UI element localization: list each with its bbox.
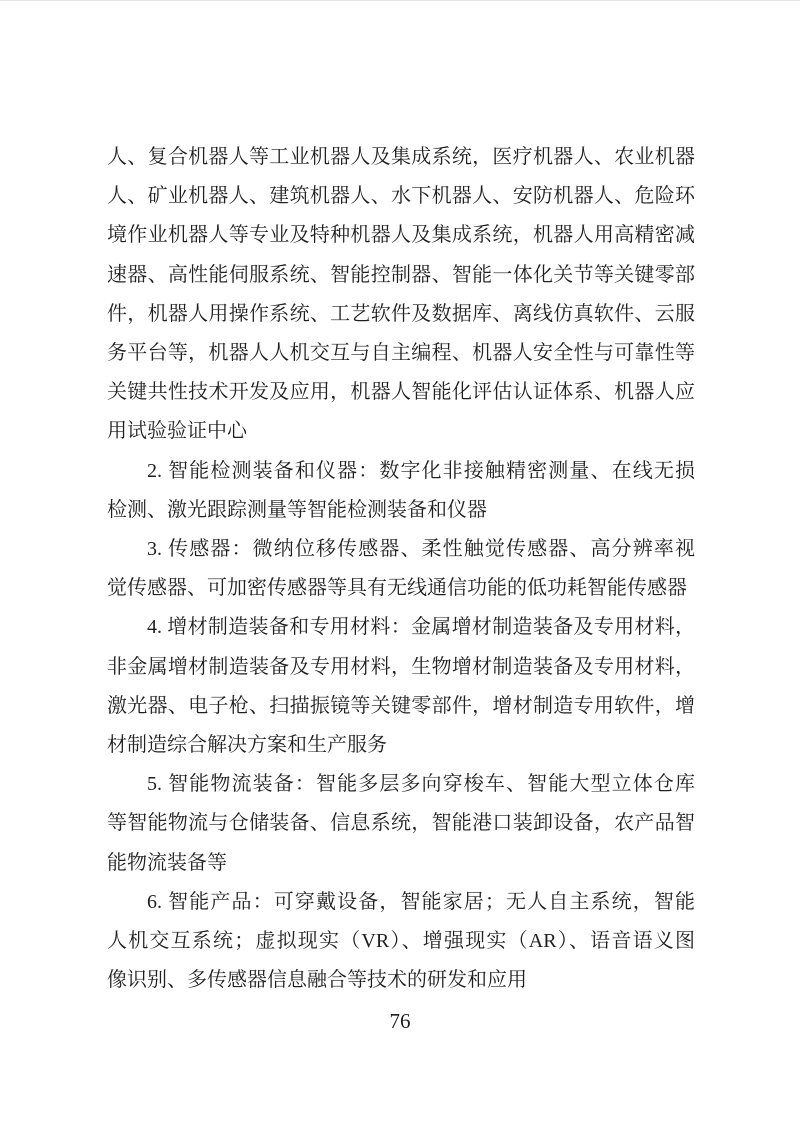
- paragraph: 人、复合机器人等工业机器人及集成系统，医疗机器人、农业机器 人、矿业机器人、建筑…: [107, 138, 695, 452]
- paragraph: 3. 传感器：微纳位移传感器、柔性触觉传感器、高分辨率视 觉传感器、可加密传感器…: [107, 530, 695, 608]
- text-line: 人、复合机器人等工业机器人及集成系统，医疗机器人、农业机器: [107, 138, 695, 177]
- paragraph: 5. 智能物流装备：智能多层多向穿梭车、智能大型立体仓库 等智能物流与仓储装备、…: [107, 765, 695, 883]
- text-line: 人机交互系统；虚拟现实（VR）、增强现实（AR）、语音语义图: [107, 922, 695, 961]
- text-line: 觉传感器、可加密传感器等具有无线通信功能的低功耗智能传感器: [107, 569, 695, 608]
- text-line: 人、矿业机器人、建筑机器人、水下机器人、安防机器人、危险环: [107, 177, 695, 216]
- text-line: 激光器、电子枪、扫描振镜等关键零部件，增材制造专用软件，增: [107, 687, 695, 726]
- text-line: 5. 智能物流装备：智能多层多向穿梭车、智能大型立体仓库: [107, 765, 695, 804]
- text-line: 等智能物流与仓储装备、信息系统，智能港口装卸设备，农产品智: [107, 804, 695, 843]
- text-line: 非金属增材制造装备及专用材料，生物增材制造装备及专用材料，: [107, 648, 695, 687]
- page-number: 76: [390, 1009, 411, 1033]
- text-line: 3. 传感器：微纳位移传感器、柔性触觉传感器、高分辨率视: [107, 530, 695, 569]
- text-line: 4. 增材制造装备和专用材料：金属增材制造装备及专用材料，: [107, 608, 695, 647]
- text-line: 用试验验证中心: [107, 412, 695, 451]
- page-footer: 76: [0, 1006, 800, 1036]
- text-line: 像识别、多传感器信息融合等技术的研发和应用: [107, 961, 695, 1000]
- text-line: 境作业机器人等专业及特种机器人及集成系统，机器人用高精密减: [107, 216, 695, 255]
- text-line: 2. 智能检测装备和仪器：数字化非接触精密测量、在线无损: [107, 452, 695, 491]
- paragraph: 4. 增材制造装备和专用材料：金属增材制造装备及专用材料， 非金属增材制造装备及…: [107, 608, 695, 765]
- paragraph: 2. 智能检测装备和仪器：数字化非接触精密测量、在线无损 检测、激光跟踪测量等智…: [107, 452, 695, 530]
- document-page: 人、复合机器人等工业机器人及集成系统，医疗机器人、农业机器 人、矿业机器人、建筑…: [0, 0, 800, 1131]
- document-text: 人、复合机器人等工业机器人及集成系统，医疗机器人、农业机器 人、矿业机器人、建筑…: [107, 138, 695, 1000]
- text-line: 件，机器人用操作系统、工艺软件及数据库、离线仿真软件、云服: [107, 295, 695, 334]
- text-line: 材制造综合解决方案和生产服务: [107, 726, 695, 765]
- text-line: 检测、激光跟踪测量等智能检测装备和仪器: [107, 491, 695, 530]
- paragraph: 6. 智能产品：可穿戴设备，智能家居；无人自主系统，智能 人机交互系统；虚拟现实…: [107, 883, 695, 1001]
- text-line: 6. 智能产品：可穿戴设备，智能家居；无人自主系统，智能: [107, 883, 695, 922]
- text-line: 能物流装备等: [107, 844, 695, 883]
- text-line: 关键共性技术开发及应用，机器人智能化评估认证体系、机器人应: [107, 373, 695, 412]
- text-line: 务平台等，机器人人机交互与自主编程、机器人安全性与可靠性等: [107, 334, 695, 373]
- text-line: 速器、高性能伺服系统、智能控制器、智能一体化关节等关键零部: [107, 256, 695, 295]
- scan-edge-artifact: [0, 0, 800, 1]
